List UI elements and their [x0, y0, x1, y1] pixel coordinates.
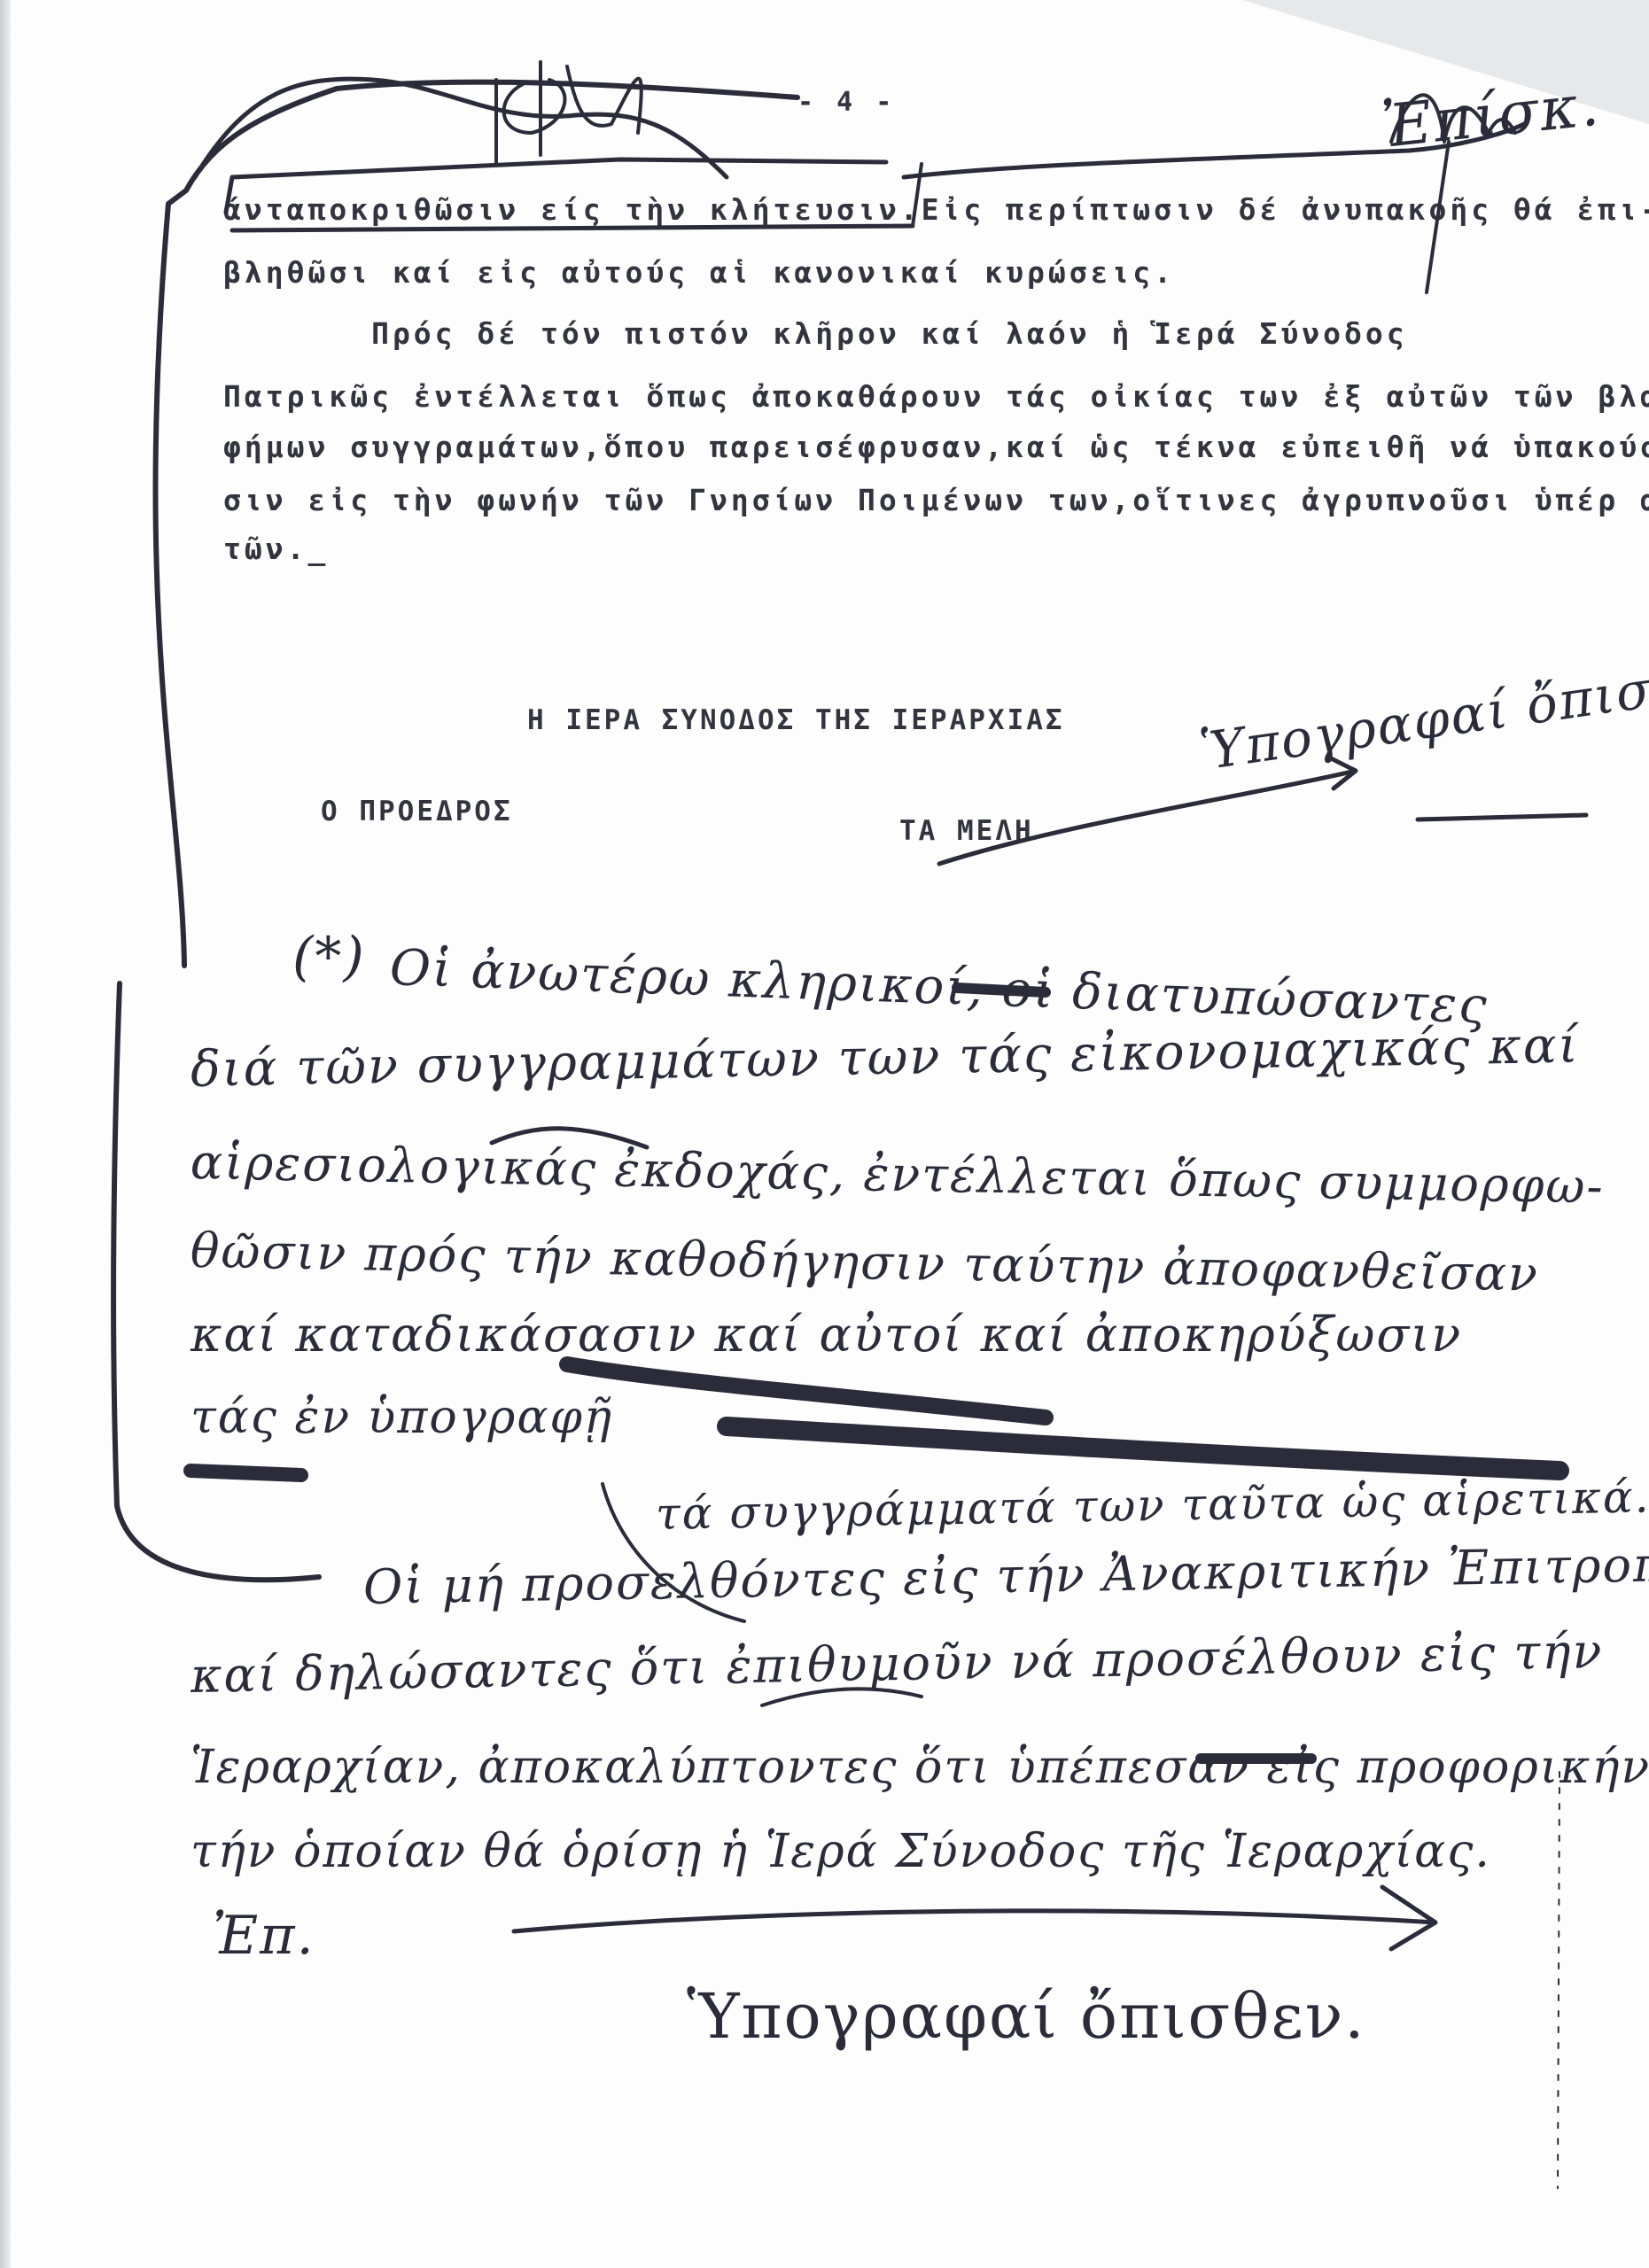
- typed-line: άνταποκριθῶσιν είς τὴν κλήτευσιν.Εἰς περ…: [223, 192, 1649, 227]
- typed-line: Πατρικῶς ἐντέλλεται ὅπως ἀποκαθάρουν τάς…: [223, 379, 1649, 414]
- typed-line: Πρός δέ τόν πιστόν κλῆρον καί λαόν ἡ Ἱερ…: [223, 316, 1408, 351]
- handwritten-line: καί καταδικάσασιν καί αὐτοί καί ἀποκηρύξ…: [191, 1307, 1462, 1363]
- typed-line: βληθῶσι καί εἰς αὐτούς αἱ κανονικαί κυρώ…: [223, 255, 1175, 290]
- handwritten-bottom-note: Ὑπογραφαί ὄπισθεν.: [687, 1980, 1366, 2053]
- typed-line: τῶν._: [223, 532, 329, 566]
- president-label: Ο ΠΡΟΕΔΡΟΣ: [321, 796, 513, 827]
- handwritten-line: τήν ὁποίαν θά ὁρίσῃ ἡ Ἱερά Σύνοδος τῆς Ἱ…: [191, 1825, 1491, 1878]
- footnote-marker: (*): [292, 926, 366, 988]
- synod-title: Η ΙΕΡΑ ΣΥΝΟΔΟΣ ΤΗΣ ΙΕΡΑΡΧΙΑΣ: [527, 704, 1065, 736]
- typed-line: φήμων συγγραμάτων,ὅπου παρεισέφρυσαν,καί…: [223, 430, 1649, 464]
- handwritten-line: τάς ἐν ὑπογραφῇ: [191, 1391, 613, 1444]
- handwritten-line: Ἱεραρχίαν, ἀποκαλύπτοντες ὅτι ὑπέπεσαν ε…: [191, 1741, 1649, 1794]
- scan-page-edge: [0, 0, 11, 2268]
- members-label: ΤΑ ΜΕΛΗ: [899, 815, 1034, 847]
- typed-line: σιν εἰς τὴν φωνήν τῶν Γνησίων Ποιμένων τ…: [223, 483, 1649, 517]
- handwritten-bottom-initials: Ἐπ.: [213, 1905, 315, 1967]
- page-number: - 4 -: [797, 87, 895, 118]
